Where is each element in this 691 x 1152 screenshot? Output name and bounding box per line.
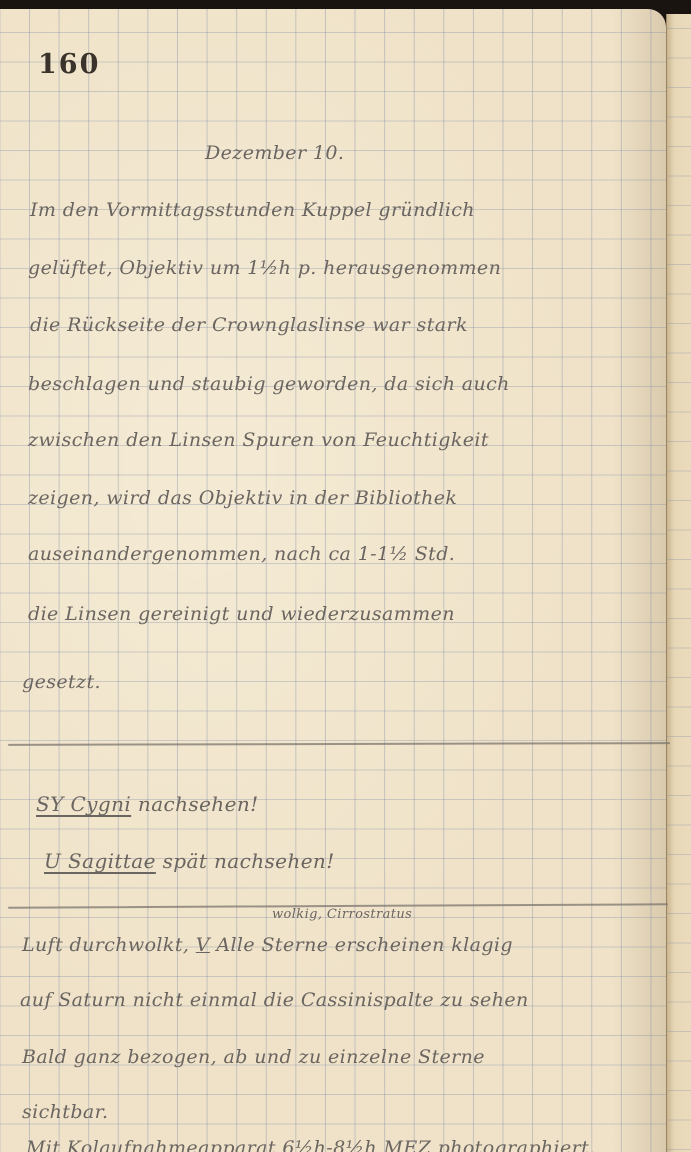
entry-line: Im den Vormittagsstunden Kuppel gründlic… <box>30 199 475 221</box>
weather-suffix: Alle Sterne erscheinen klagig <box>216 934 513 956</box>
entry-line: auseinandergenommen, nach ca 1-1½ Std. <box>28 543 455 565</box>
seeing-grade: V <box>196 934 210 956</box>
weather-annotation: wolkig, Cirrostratus <box>272 907 412 922</box>
note-text: nachsehen! <box>138 792 259 816</box>
note-sy-cygni: SY Cygni nachsehen! <box>36 792 259 816</box>
weather-line: auf Saturn nicht einmal die Cassinispalt… <box>20 989 529 1011</box>
entry-line: gelüftet, Objektiv um 1½h p. herausgenom… <box>28 257 501 279</box>
page-number: 160 <box>38 49 100 80</box>
weather-prefix: Luft durchwolkt, <box>22 934 189 956</box>
entry-line: beschlagen und staubig geworden, da sich… <box>28 373 510 395</box>
entry-line: die Rückseite der Crownglaslinse war sta… <box>30 314 468 336</box>
entry-line: zeigen, wird das Objektiv in der Bibliot… <box>28 487 457 509</box>
entry-line: die Linsen gereinigt und wiederzusammen <box>28 603 455 625</box>
note-text: spät nachsehen! <box>163 849 335 873</box>
date-heading: Dezember 10. <box>205 142 344 164</box>
weather-line: sichtbar. <box>22 1101 108 1123</box>
entry-line: zwischen den Linsen Spuren von Feuchtigk… <box>28 429 489 451</box>
star-name: U Sagittae <box>44 849 156 873</box>
scanned-page: 160 Dezember 10. Im den Vormittagsstunde… <box>0 0 691 1152</box>
next-page-edge <box>666 14 691 1152</box>
note-u-sagittae: U Sagittae spät nachsehen! <box>44 849 335 873</box>
grid-lines <box>0 9 666 1152</box>
next-page-grid <box>667 14 691 1152</box>
entry-line: gesetzt. <box>22 671 101 693</box>
star-name: SY Cygni <box>36 792 131 816</box>
weather-line: Luft durchwolkt, V Alle Sterne erscheine… <box>22 934 513 956</box>
weather-line: Bald ganz bezogen, ab und zu einzelne St… <box>22 1046 485 1068</box>
weather-line: Mit Kolaufnahmeapparat 6½h-8½h MEZ photo… <box>26 1137 596 1152</box>
notebook-page: 160 Dezember 10. Im den Vormittagsstunde… <box>0 9 666 1152</box>
